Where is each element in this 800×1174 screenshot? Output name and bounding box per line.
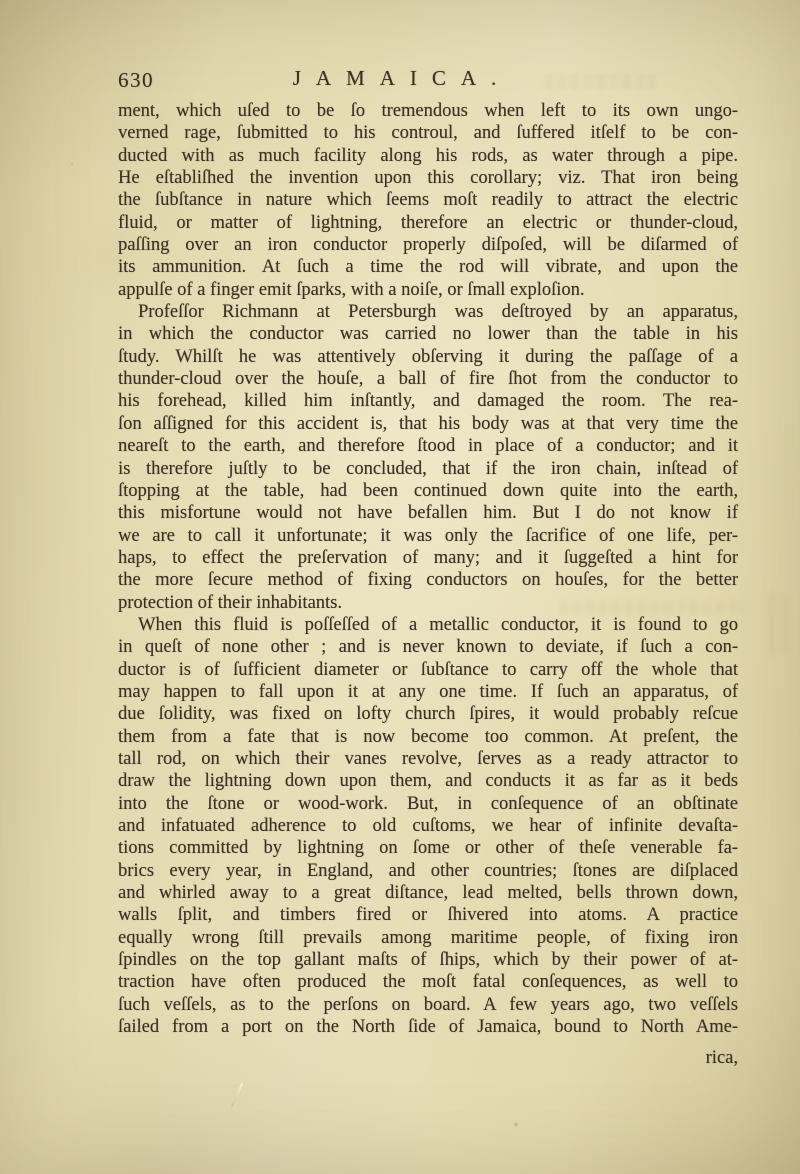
text-line: tall rod, on which their vanes revolve, … [118,748,738,770]
text-line: and infatuated adherence to old cuſtoms,… [118,815,738,837]
text-line: them from a fate that is now become too … [118,726,738,748]
text-line: is therefore juſtly to be concluded, tha… [118,458,738,480]
text-line: protection of their inhabitants. [118,592,738,614]
text-line: equally wrong ſtill prevails among marit… [118,927,738,949]
text-line: may happen to fall upon it at any one ti… [118,681,738,703]
text-line: ductor is of ſufficient diameter or ſubſ… [118,659,738,681]
text-line: ſtopping at the table, had been continue… [118,480,738,502]
text-line: in queſt of none other ; and is never kn… [118,636,738,658]
text-line: and whirled away to a great diſtance, le… [118,882,738,904]
text-line: its ammunition. At ſuch a time the rod w… [118,256,738,278]
book-page: 630 JAMAICA. ment, which uſed to be ſo t… [0,0,800,1174]
text-line: verned rage, ſubmitted to his controul, … [118,122,738,144]
text-line: ſtudy. Whilſt he was attentively obſervi… [118,346,738,368]
body-text: ment, which uſed to be ſo tremendous whe… [118,100,738,1038]
text-line: due ſolidity, was fixed on lofty church … [118,703,738,725]
text-line: thunder-cloud over the houſe, a ball of … [118,368,738,390]
paper-scratch [231,1083,243,1108]
text-line: ſon aſſigned for this accident is, that … [118,413,738,435]
text-line: fluid, or matter of lightning, therefore… [118,212,738,234]
text-line: ſpindles on the top gallant maſts of ſhi… [118,949,738,971]
text-line: haps, to effect the preſervation of many… [118,547,738,569]
text-line: brics every year, in England, and other … [118,860,738,882]
text-line: we are to call it unfortunate; it was on… [118,525,738,547]
text-line: tions committed by lightning on ſome or … [118,837,738,859]
text-line: this misfortune would not have befallen … [118,502,738,524]
text-line: in which the conductor was carried no lo… [118,323,738,345]
text-line: When this fluid is poſſeſſed of a metall… [118,614,738,636]
page-number: 630 [118,68,154,93]
bleed-through-smudge [768,592,794,656]
text-line: the ſubſtance in nature which ſeems moſt… [118,189,738,211]
text-line: walls ſplit, and timbers fired or ſhiver… [118,904,738,926]
text-line: appulſe of a finger emit ſparks, with a … [118,279,738,301]
text-line: into the ſtone or wood-work. But, in con… [118,793,738,815]
text-line: ducted with as much facility along his r… [118,145,738,167]
text-line: ment, which uſed to be ſo tremendous whe… [118,100,738,122]
text-line: his forehead, killed him inſtantly, and … [118,390,738,412]
text-line: traction have often produced the moſt fa… [118,971,738,993]
text-line: paſſing over an iron conductor properly … [118,234,738,256]
text-line: He eſtabliſhed the invention upon this c… [118,167,738,189]
catchword: rica, [118,1048,738,1069]
text-line: draw the lightning down upon them, and c… [118,770,738,792]
text-line: ſailed from a port on the North ſide of … [118,1016,738,1038]
text-line: neareſt to the earth, and therefore ſtoo… [118,435,738,457]
text-line: the more ſecure method of fixing conduct… [118,569,738,591]
running-title: JAMAICA. [252,66,552,91]
text-line: ſuch veſſels, as to the perſons on board… [118,994,738,1016]
text-line: Profeſſor Richmann at Petersburgh was de… [118,301,738,323]
running-header: 630 JAMAICA. [118,66,738,92]
